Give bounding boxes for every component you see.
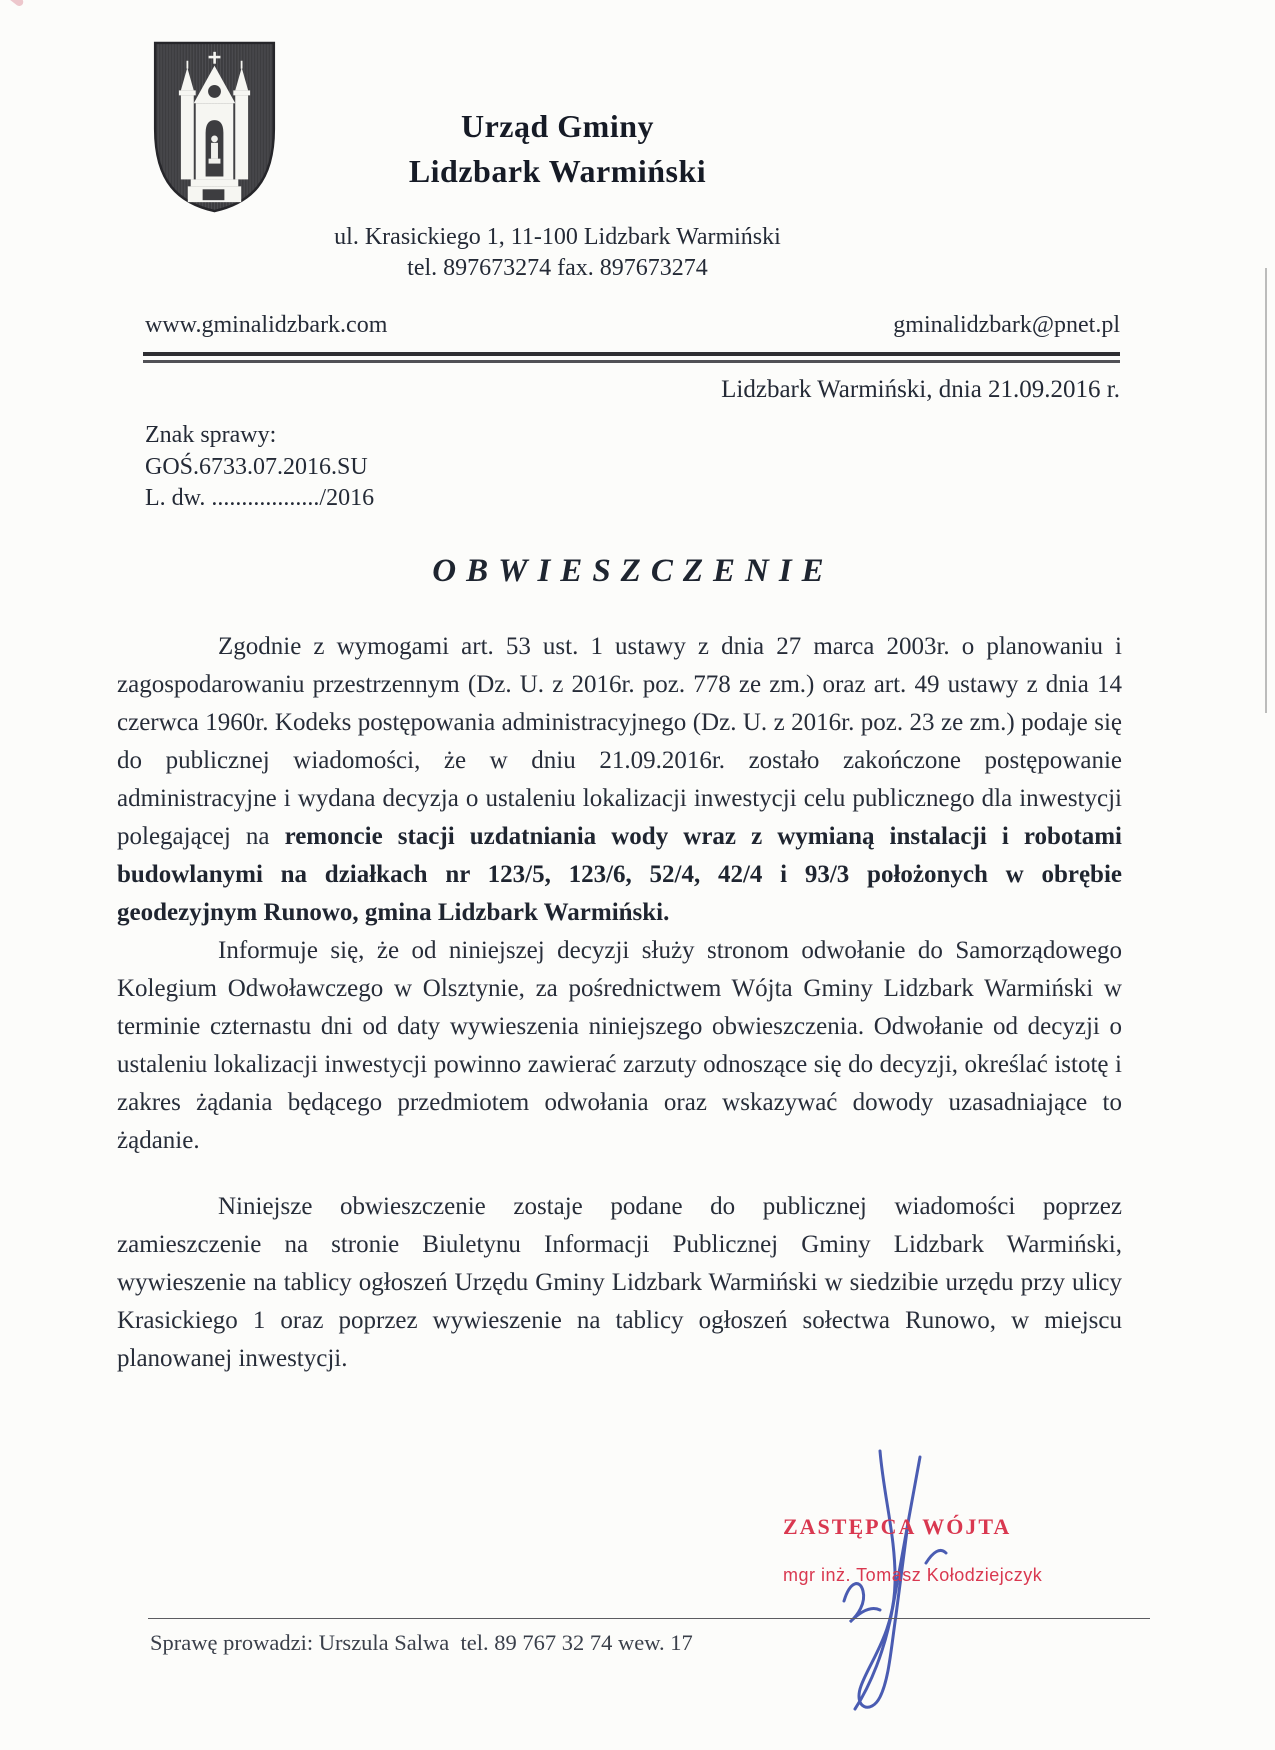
paragraph-2: Informuje się, że od niniejszej decyzji … — [117, 932, 1122, 1160]
website-text: www.gminalidzbark.com — [145, 312, 387, 339]
web-contact-row: www.gminalidzbark.com gminalidzbark@pnet… — [145, 312, 1120, 339]
case-officer-line: Sprawę prowadzi: Urszula Salwa tel. 89 7… — [150, 1630, 693, 1656]
paragraph-1: Zgodnie z wymogami art. 53 ust. 1 ustawy… — [117, 628, 1122, 932]
email-text: gminalidzbark@pnet.pl — [893, 312, 1120, 339]
letterhead-address: ul. Krasickiego 1, 11-100 Lidzbark Warmi… — [150, 222, 965, 284]
org-name-line2: Lidzbark Warmiński — [150, 149, 965, 194]
scanned-document-page: Urząd Gminy Lidzbark Warmiński ul. Krasi… — [0, 0, 1275, 1750]
official-stamp: ZASTĘPCA WÓJTA mgr inż. Tomasz Kołodziej… — [783, 1516, 1043, 1584]
footer-divider — [148, 1618, 1150, 1619]
case-reference-block: Znak sprawy: GOŚ.6733.07.2016.SU L. dw. … — [145, 420, 374, 515]
scan-artifact-edge — [1265, 268, 1267, 713]
letterhead-divider — [143, 352, 1120, 363]
place-date-line: Lidzbark Warmiński, dnia 21.09.2016 r. — [143, 376, 1120, 404]
org-name-line1: Urząd Gminy — [150, 104, 965, 149]
scan-artifact-corner — [0, 0, 25, 8]
stamp-name: mgr inż. Tomasz Kołodziejczyk — [783, 1566, 1043, 1584]
document-title: OBWIESZCZENIE — [0, 553, 1266, 590]
case-reference-label: Znak sprawy: — [145, 420, 374, 452]
stamp-title: ZASTĘPCA WÓJTA — [783, 1516, 1043, 1538]
paragraph-3: Niniejsze obwieszczenie zostaje podane d… — [117, 1188, 1122, 1378]
address-line: ul. Krasickiego 1, 11-100 Lidzbark Warmi… — [150, 222, 965, 253]
case-number: GOŚ.6733.07.2016.SU — [145, 452, 374, 484]
letterhead-org-name: Urząd Gminy Lidzbark Warmiński — [150, 104, 965, 194]
ldw-line: L. dw. ................../2016 — [145, 483, 374, 515]
document-body: Zgodnie z wymogami art. 53 ust. 1 ustawy… — [117, 628, 1122, 1378]
paragraph-1-normal: Zgodnie z wymogami art. 53 ust. 1 ustawy… — [117, 633, 1122, 850]
phone-fax-line: tel. 897673274 fax. 897673274 — [150, 253, 965, 284]
